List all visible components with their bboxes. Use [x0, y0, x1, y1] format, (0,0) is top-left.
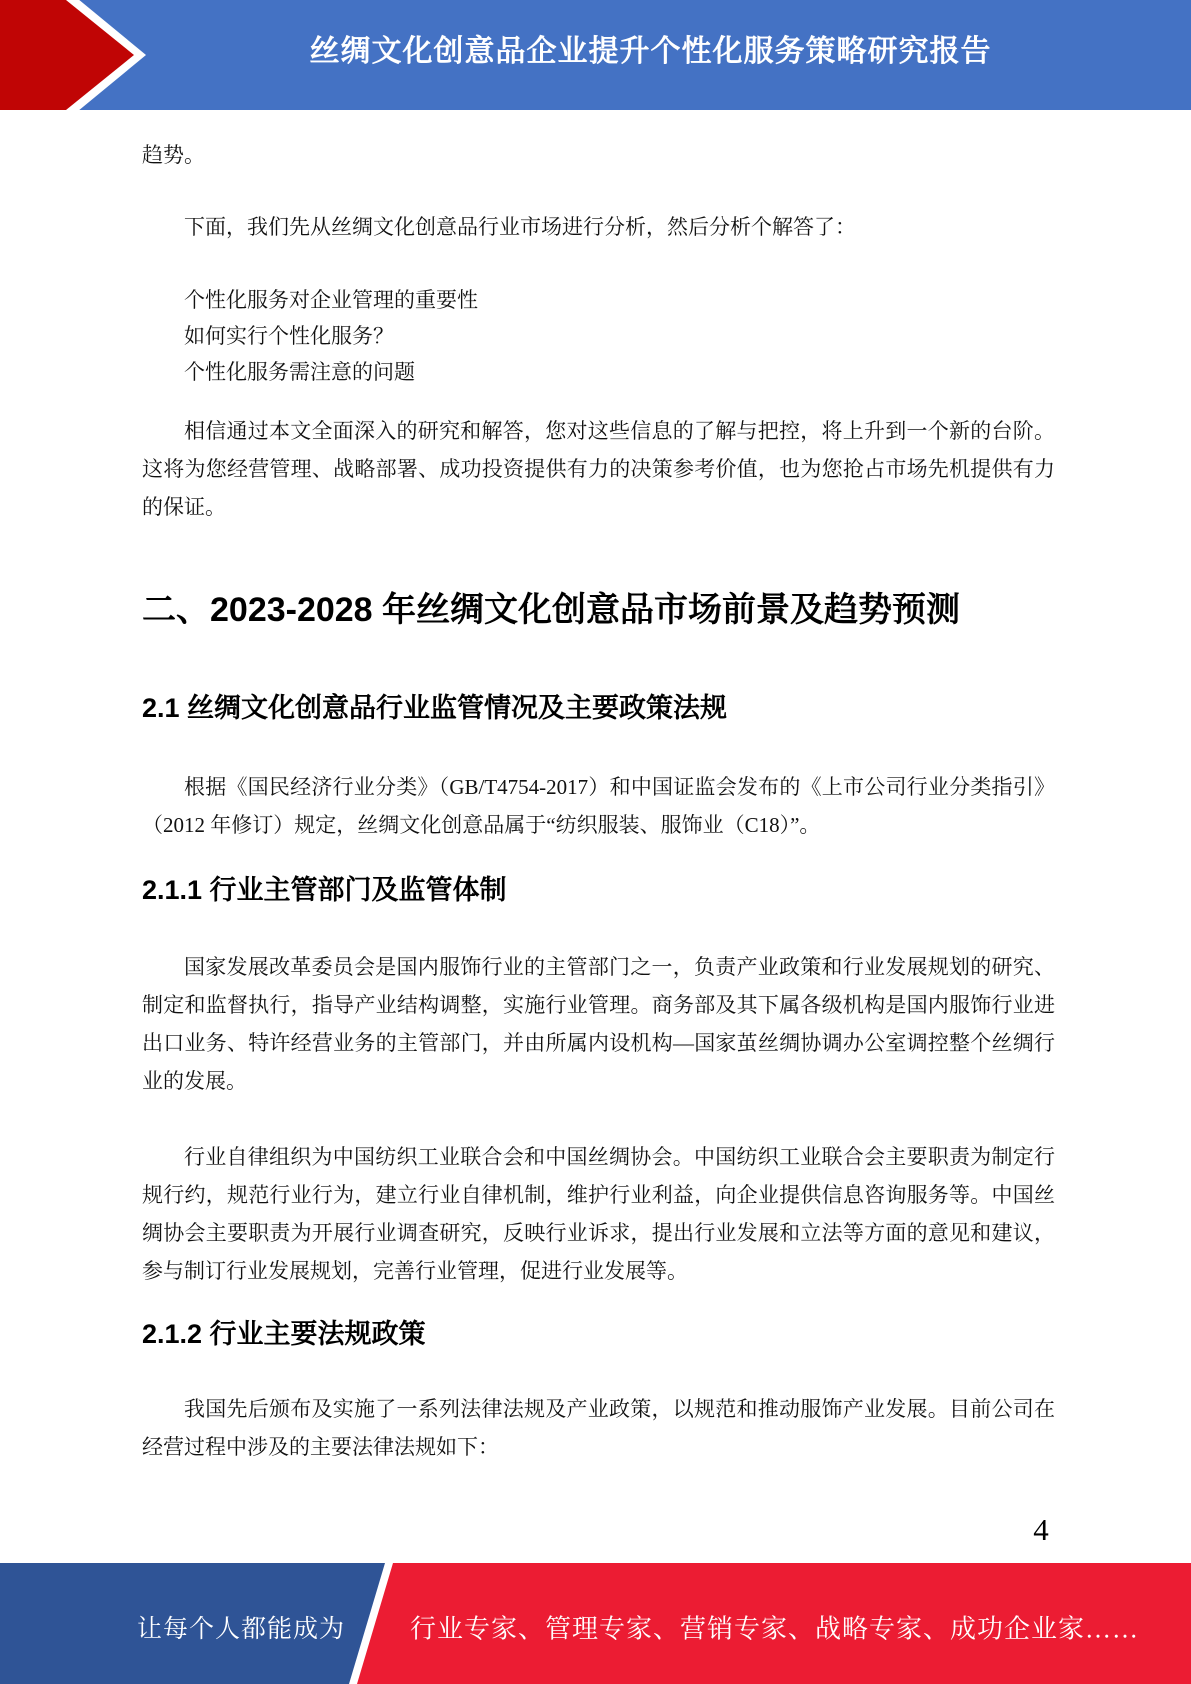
- section-heading-2: 二、2023-2028 年丝绸文化创意品市场前景及趋势预测: [142, 586, 1055, 634]
- subsection-heading-2-1-2: 2.1.2 行业主要法规政策: [142, 1314, 1055, 1354]
- paragraph-tail: 趋势。: [142, 136, 1055, 174]
- document-body: 趋势。 下面，我们先从丝绸文化创意品行业市场进行分析，然后分析个解答了： 个性化…: [0, 110, 1191, 1466]
- subsection-heading-2-1-1: 2.1.1 行业主管部门及监管体制: [142, 870, 1055, 910]
- list-item: 个性化服务对企业管理的重要性: [142, 282, 1055, 318]
- document-page: 丝绸文化创意品企业提升个性化服务策略研究报告 趋势。 下面，我们先从丝绸文化创意…: [0, 0, 1191, 1684]
- paragraph-2-1: 根据《国民经济行业分类》（GB/T4754-2017）和中国证监会发布的《上市公…: [142, 768, 1055, 844]
- paragraph-2-1-1-b: 行业自律组织为中国纺织工业联合会和中国丝绸协会。中国纺织工业联合会主要职责为制定…: [142, 1138, 1055, 1290]
- list-item: 如何实行个性化服务？: [142, 318, 1055, 354]
- list-item: 个性化服务需注意的问题: [142, 354, 1055, 390]
- footer-slogan-left: 让每个人都能成为: [0, 1609, 345, 1645]
- page-number: 4: [1001, 1512, 1081, 1548]
- page-title: 丝绸文化创意品企业提升个性化服务策略研究报告: [170, 0, 1131, 96]
- paragraph-2-1-1-a: 国家发展改革委员会是国内服饰行业的主管部门之一，负责产业政策和行业发展规划的研究…: [142, 948, 1055, 1100]
- header-band: 丝绸文化创意品企业提升个性化服务策略研究报告: [0, 0, 1191, 110]
- topic-list: 个性化服务对企业管理的重要性 如何实行个性化服务？ 个性化服务需注意的问题: [142, 282, 1055, 390]
- paragraph-2-1-2: 我国先后颁布及实施了一系列法律法规及产业政策，以规范和推动服饰产业发展。目前公司…: [142, 1390, 1055, 1466]
- footer-band: 让每个人都能成为 行业专家、管理专家、营销专家、战略专家、成功企业家……: [0, 1563, 1191, 1684]
- red-chevron-right-icon: [0, 0, 170, 110]
- subsection-heading-2-1: 2.1 丝绸文化创意品行业监管情况及主要政策法规: [142, 688, 1055, 728]
- paragraph-intro: 下面，我们先从丝绸文化创意品行业市场进行分析，然后分析个解答了：: [142, 208, 1055, 246]
- paragraph-value: 相信通过本文全面深入的研究和解答，您对这些信息的了解与把控，将上升到一个新的台阶…: [142, 412, 1055, 526]
- footer-slogan-right: 行业专家、管理专家、营销专家、战略专家、成功企业家……: [410, 1609, 1139, 1646]
